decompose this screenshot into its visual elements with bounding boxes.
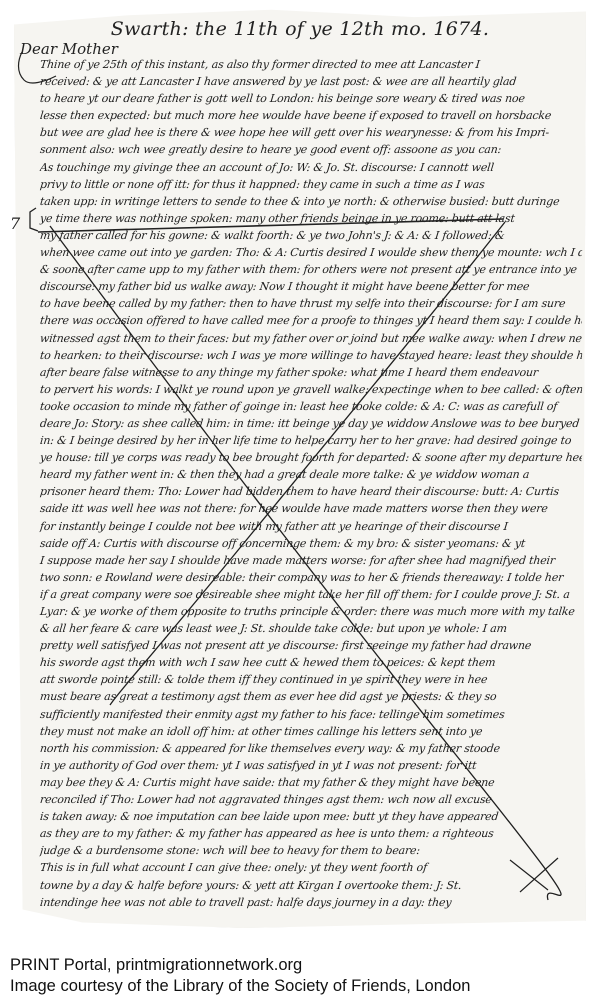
manuscript-line: after beare false witnesse to any thinge… bbox=[39, 364, 583, 381]
manuscript-line: heard my father went in: & then they had… bbox=[39, 466, 583, 483]
manuscript-line: reconciled if Tho: Lower had not aggrava… bbox=[39, 791, 583, 808]
manuscript-line: there was occasion offered to have calle… bbox=[39, 312, 583, 329]
manuscript-line: prisoner heard them: Tho: Lower had bidd… bbox=[39, 483, 583, 500]
manuscript-line: taken upp: in writinge letters to sende … bbox=[39, 193, 583, 210]
manuscript-line: ye house: till ye corps was ready to bee… bbox=[39, 449, 583, 466]
manuscript-line: is taken away: & noe imputation can bee … bbox=[39, 808, 583, 825]
manuscript-line: & soone after came upp to my father with… bbox=[39, 261, 583, 278]
manuscript-line: deare Jo: Story: as shee called him: in … bbox=[39, 415, 583, 432]
manuscript-line: to pervert his words: I walkt ye round u… bbox=[39, 381, 583, 398]
manuscript-line: to have beene called by my father: then … bbox=[39, 295, 583, 312]
manuscript-line: must beare as great a testimony agst the… bbox=[39, 688, 583, 705]
margin-mark: 7 bbox=[10, 214, 20, 233]
manuscript-line: sonment also: wch wee greatly desire to … bbox=[39, 141, 583, 158]
manuscript-line: received: & ye att Lancaster I have answ… bbox=[39, 73, 583, 90]
manuscript-line: in: & I beinge desired by her in her lif… bbox=[39, 432, 583, 449]
manuscript-line: privy to little or none off itt: for thu… bbox=[39, 176, 583, 193]
caption-credit: Image courtesy of the Library of the Soc… bbox=[10, 976, 470, 997]
manuscript-line: sufficiently manifested their enmity ags… bbox=[39, 706, 583, 723]
manuscript-line: witnessed agst them to their faces: but … bbox=[39, 330, 583, 347]
manuscript-line: As touchinge my givinge thee an account … bbox=[39, 159, 583, 176]
letter-heading: Swarth: the 11th of ye 12th mo. 1674. bbox=[0, 18, 600, 40]
manuscript-line: saide itt was well hee was not there: fo… bbox=[39, 500, 583, 517]
manuscript-line: in ye authority of God over them: yt I w… bbox=[39, 757, 583, 774]
manuscript-line: when wee came out into ye garden: Tho: &… bbox=[39, 244, 583, 261]
manuscript-line: lesse then expected: but much more hee w… bbox=[39, 107, 583, 124]
manuscript-line: ye time there was nothinge spoken: many … bbox=[39, 210, 583, 227]
manuscript-line: & all her feare & care was least wee J: … bbox=[39, 620, 583, 637]
manuscript-line: to heare yt our deare father is gott wel… bbox=[39, 90, 583, 107]
manuscript-line: Lyar: & ye worke of them opposite to tru… bbox=[39, 603, 583, 620]
letter-body: Thine of ye 25th of this instant, as als… bbox=[40, 56, 582, 911]
manuscript-line: his sworde agst them with wch I saw hee … bbox=[39, 654, 583, 671]
manuscript-line: towne by a day & halfe before yours: & y… bbox=[39, 877, 583, 894]
manuscript-line: pretty well satisfyed I was not present … bbox=[39, 637, 583, 654]
manuscript-line: discourse: my father bid us walke away: … bbox=[39, 278, 583, 295]
manuscript-line: may bee they & A: Curtis might have said… bbox=[39, 774, 583, 791]
manuscript-line: I suppose made her say I shoulde have ma… bbox=[39, 552, 583, 569]
manuscript-line: for instantly beinge I coulde not bee wi… bbox=[39, 518, 583, 535]
caption-source: PRINT Portal, printmigrationnetwork.org bbox=[10, 955, 470, 976]
manuscript-line: tooke occasion to minde my father of goi… bbox=[39, 398, 583, 415]
manuscript-line: my father called for his gowne: & walkt … bbox=[39, 227, 583, 244]
manuscript-line: if a great company were soe desireable s… bbox=[39, 586, 583, 603]
manuscript-line: att sworde pointe still: & tolde them if… bbox=[39, 671, 583, 688]
manuscript-line: judge & a burdensome stone: wch will bee… bbox=[39, 842, 583, 859]
image-caption: PRINT Portal, printmigrationnetwork.org … bbox=[10, 955, 470, 997]
manuscript-line: intendinge hee was not able to travell p… bbox=[39, 894, 583, 911]
manuscript-line: they must not make an idoll off him: at … bbox=[39, 723, 583, 740]
manuscript-line: saide off A: Curtis with discourse off c… bbox=[39, 535, 583, 552]
manuscript-line: Thine of ye 25th of this instant, as als… bbox=[39, 56, 583, 73]
manuscript-line: This is in full what account I can give … bbox=[39, 859, 583, 876]
manuscript-line: but wee are glad hee is there & wee hope… bbox=[39, 124, 583, 141]
manuscript-line: to hearken: to their discourse: wch I wa… bbox=[39, 347, 583, 364]
manuscript-line: north his commission: & appeared for lik… bbox=[39, 740, 583, 757]
manuscript-line: two sonn: e Rowland were desireable: the… bbox=[39, 569, 583, 586]
manuscript-line: as they are to my father: & my father ha… bbox=[39, 825, 583, 842]
